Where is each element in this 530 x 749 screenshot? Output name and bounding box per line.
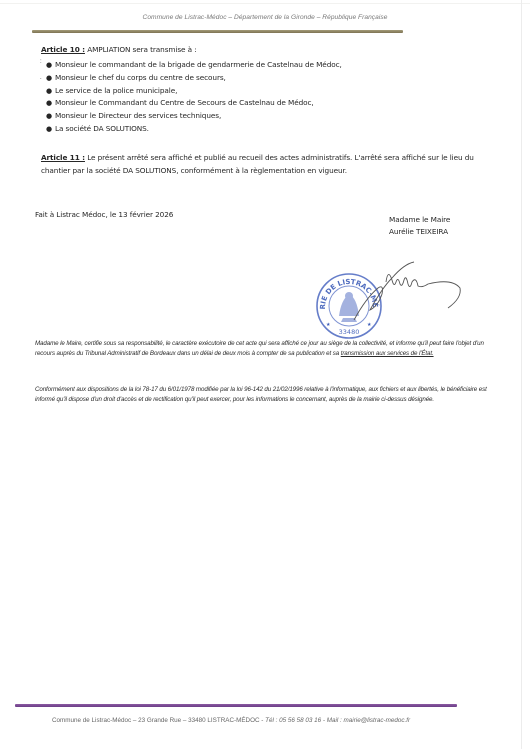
scan-artifact: : bbox=[40, 59, 42, 65]
signature-icon bbox=[352, 258, 472, 328]
footer-address: Commune de Listrac-Médoc – 23 Grande Rue… bbox=[52, 717, 265, 724]
footer-contact: Commune de Listrac-Médoc – 23 Grande Rue… bbox=[52, 717, 472, 724]
certification-notice: Madame le Maire, certifie sous sa respon… bbox=[35, 339, 505, 358]
footer-email: Mail : mairie@listrac-medoc.fr bbox=[327, 717, 410, 724]
recipient-list: ●Monsieur le commandant de la brigade de… bbox=[46, 59, 342, 136]
article-10-label: Article 10 : bbox=[41, 45, 85, 54]
article-11: Article 11 : Le présent arrêté sera affi… bbox=[41, 152, 501, 177]
list-item: ●Monsieur le Directeur des services tech… bbox=[46, 110, 342, 123]
article-10-heading: Article 10 : AMPLIATION sera transmise à… bbox=[41, 45, 197, 54]
bullet-icon: ● bbox=[46, 59, 52, 72]
bullet-icon: ● bbox=[46, 72, 52, 85]
list-item: ●Monsieur le Commandant du Centre de Sec… bbox=[46, 97, 342, 110]
bullet-icon: ● bbox=[46, 85, 52, 98]
footer-rule bbox=[15, 704, 457, 707]
bullet-icon: ● bbox=[46, 97, 52, 110]
scan-artifact: . bbox=[40, 75, 42, 81]
signer-block: Madame le Maire Aurélie TEIXEIRA bbox=[389, 214, 450, 237]
page-edge bbox=[521, 0, 522, 749]
data-protection-notice: Conformément aux dispositions de la loi … bbox=[35, 385, 505, 404]
letterhead-rule bbox=[32, 30, 403, 33]
bullet-icon: ● bbox=[46, 123, 52, 136]
svg-text:★: ★ bbox=[326, 322, 331, 328]
bullet-icon: ● bbox=[46, 110, 52, 123]
article-11-text: Le présent arrêté sera affiché et publié… bbox=[41, 153, 474, 175]
place-date: Fait à Listrac Médoc, le 13 février 2026 bbox=[35, 210, 173, 219]
letterhead-text: Commune de Listrac-Médoc – Département d… bbox=[0, 14, 530, 21]
list-item: ●Monsieur le commandant de la brigade de… bbox=[46, 59, 342, 72]
signer-name: Aurélie TEIXEIRA bbox=[389, 226, 450, 238]
signer-title: Madame le Maire bbox=[389, 214, 450, 226]
footer-phone: Tél : 05 56 58 03 16 - bbox=[265, 717, 327, 724]
list-item: ●Le service de la police municipale, bbox=[46, 85, 342, 98]
article-10-text: AMPLIATION sera transmise à : bbox=[85, 45, 197, 54]
page-edge bbox=[0, 3, 530, 4]
list-item: ●La société DA SOLUTIONS. bbox=[46, 123, 342, 136]
svg-text:33480: 33480 bbox=[339, 328, 360, 336]
article-11-label: Article 11 : bbox=[41, 153, 85, 162]
list-item: ●Monsieur le chef du corps du centre de … bbox=[46, 72, 342, 85]
